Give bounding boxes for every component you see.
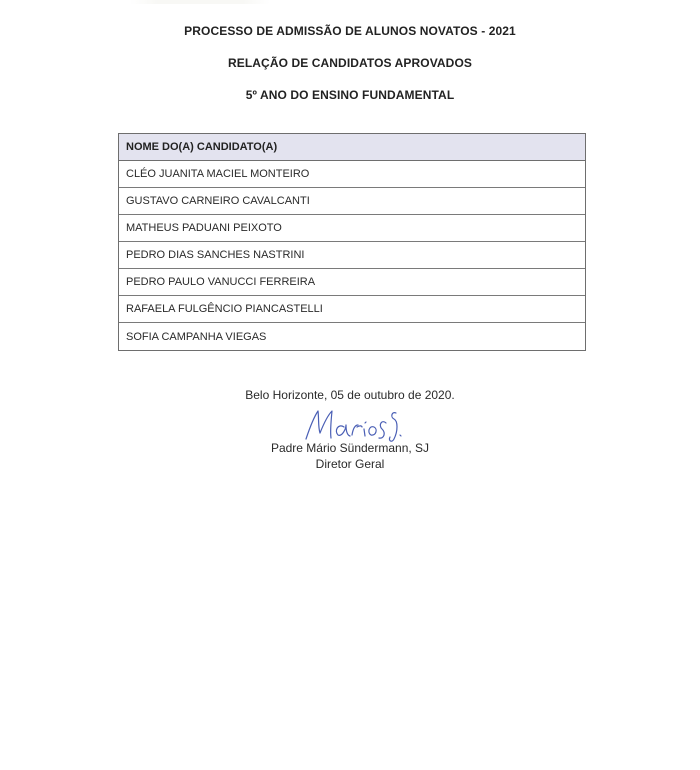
- approved-candidates-table: NOME DO(A) CANDIDATO(A) CLÉO JUANITA MAC…: [118, 133, 586, 351]
- scan-artifact: [130, 0, 270, 4]
- table-row: PEDRO DIAS SANCHES NASTRINI: [119, 242, 585, 269]
- signer-role: Diretor Geral: [0, 457, 700, 471]
- table-row: PEDRO PAULO VANUCCI FERREIRA: [119, 269, 585, 296]
- signature-icon: [300, 405, 410, 445]
- document-subtitle: RELAÇÃO DE CANDIDATOS APROVADOS: [0, 56, 700, 70]
- table-row: SOFIA CAMPANHA VIEGAS: [119, 323, 585, 350]
- place-date: Belo Horizonte, 05 de outubro de 2020.: [0, 388, 700, 402]
- table-header: NOME DO(A) CANDIDATO(A): [119, 134, 585, 161]
- signer-name: Padre Mário Sündermann, SJ: [0, 441, 700, 455]
- table-row: RAFAELA FULGÊNCIO PIANCASTELLI: [119, 296, 585, 323]
- document-title: PROCESSO DE ADMISSÃO DE ALUNOS NOVATOS -…: [0, 24, 700, 38]
- table-row: CLÉO JUANITA MACIEL MONTEIRO: [119, 161, 585, 188]
- table-row: GUSTAVO CARNEIRO CAVALCANTI: [119, 188, 585, 215]
- table-row: MATHEUS PADUANI PEIXOTO: [119, 215, 585, 242]
- document-grade: 5º ANO DO ENSINO FUNDAMENTAL: [0, 88, 700, 102]
